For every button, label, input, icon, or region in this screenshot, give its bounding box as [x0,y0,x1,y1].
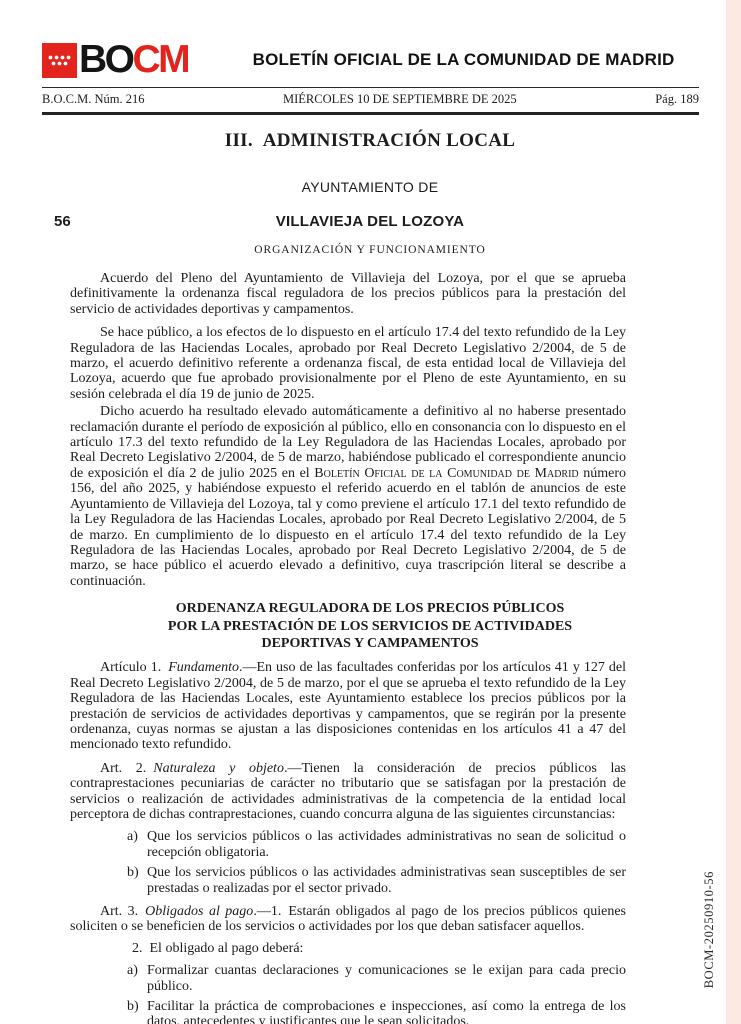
municipality-name: VILLAVIEJA DEL LOZOYA [62,213,678,230]
list-item-text: Que los servicios públicos o las activid… [147,829,626,860]
gazette-title: BOLETÍN OFICIAL DE LA COMUNIDAD DE MADRI… [188,50,699,70]
paragraph-dicho-acuerdo: Dicho acuerdo ha resultado elevado autom… [70,404,626,589]
category-title: ORGANIZACIÓN Y FUNCIONAMIENTO [62,244,678,256]
list-item-text: Facilitar la práctica de comprobaciones … [147,999,626,1024]
municipality-row: 56 VILLAVIEJA DEL LOZOYA [62,213,678,230]
madrid-flag-icon [42,43,77,78]
bocm-logo: BOCM [42,42,188,78]
list-item: b) Que los servicios públicos o las acti… [70,865,626,896]
list-item-text: Que los servicios públicos o las activid… [147,865,626,896]
article-3-paragraph: Art. 3. Obligados al pago.—1. Estarán ob… [70,904,626,935]
article-2-paragraph: Art. 2. Naturaleza y objeto.—Tienen la c… [70,761,626,823]
side-publication-code: BOCM-20250910-56 [702,871,717,988]
section-title: III. ADMINISTRACIÓN LOCAL [62,130,678,152]
logo-cm-letters: CM [133,38,189,81]
page-number: Pág. 189 [655,92,699,107]
header-rule-thick [42,112,699,115]
org-name: AYUNTAMIENTO DE [62,179,678,195]
ordinance-title: ORDENANZA REGULADORA DE LOS PRECIOS PÚBL… [62,600,678,652]
list-marker: a) [127,829,147,860]
issue-number: B.O.C.M. Núm. 216 [42,92,144,107]
bocm-logo-text: BOCM [79,42,188,78]
page-edge-strip [726,0,741,1024]
list-marker: b) [127,999,147,1024]
list-marker: b) [127,865,147,896]
article-2-list: a) Que los servicios públicos o las acti… [70,829,626,896]
article-3-point-2: 2. El obligado al pago deberá: [132,941,626,956]
paragraph-acuerdo: Acuerdo del Pleno del Ayuntamiento de Vi… [70,271,626,317]
article-1-paragraph: Artículo 1. Fundamento.—En uso de las fa… [70,660,626,752]
logo-bo-letters: BO [79,38,133,81]
item-number: 56 [54,213,71,230]
list-marker: a) [127,963,147,994]
list-item: a) Formalizar cuantas declaraciones y co… [70,963,626,994]
masthead-row: BOCM BOLETÍN OFICIAL DE LA COMUNIDAD DE … [42,42,699,78]
issue-date: MIÉRCOLES 10 DE SEPTIEMBRE DE 2025 [283,92,517,107]
document-body: III. ADMINISTRACIÓN LOCAL AYUNTAMIENTO D… [70,130,626,1024]
page-header: BOCM BOLETÍN OFICIAL DE LA COMUNIDAD DE … [0,0,741,115]
paragraph-se-hace-publico: Se hace público, a los efectos de lo dis… [70,325,626,402]
bocm-gazette-page: BOCM-20250910-56 BOCM [0,0,741,1024]
list-item-text: Formalizar cuantas declaraciones y comun… [147,963,626,994]
article-3-list: a) Formalizar cuantas declaraciones y co… [70,963,626,1024]
masthead-info: B.O.C.M. Núm. 216 MIÉRCOLES 10 DE SEPTIE… [42,88,699,112]
list-item: b) Facilitar la práctica de comprobacion… [70,999,626,1024]
list-item: a) Que los servicios públicos o las acti… [70,829,626,860]
